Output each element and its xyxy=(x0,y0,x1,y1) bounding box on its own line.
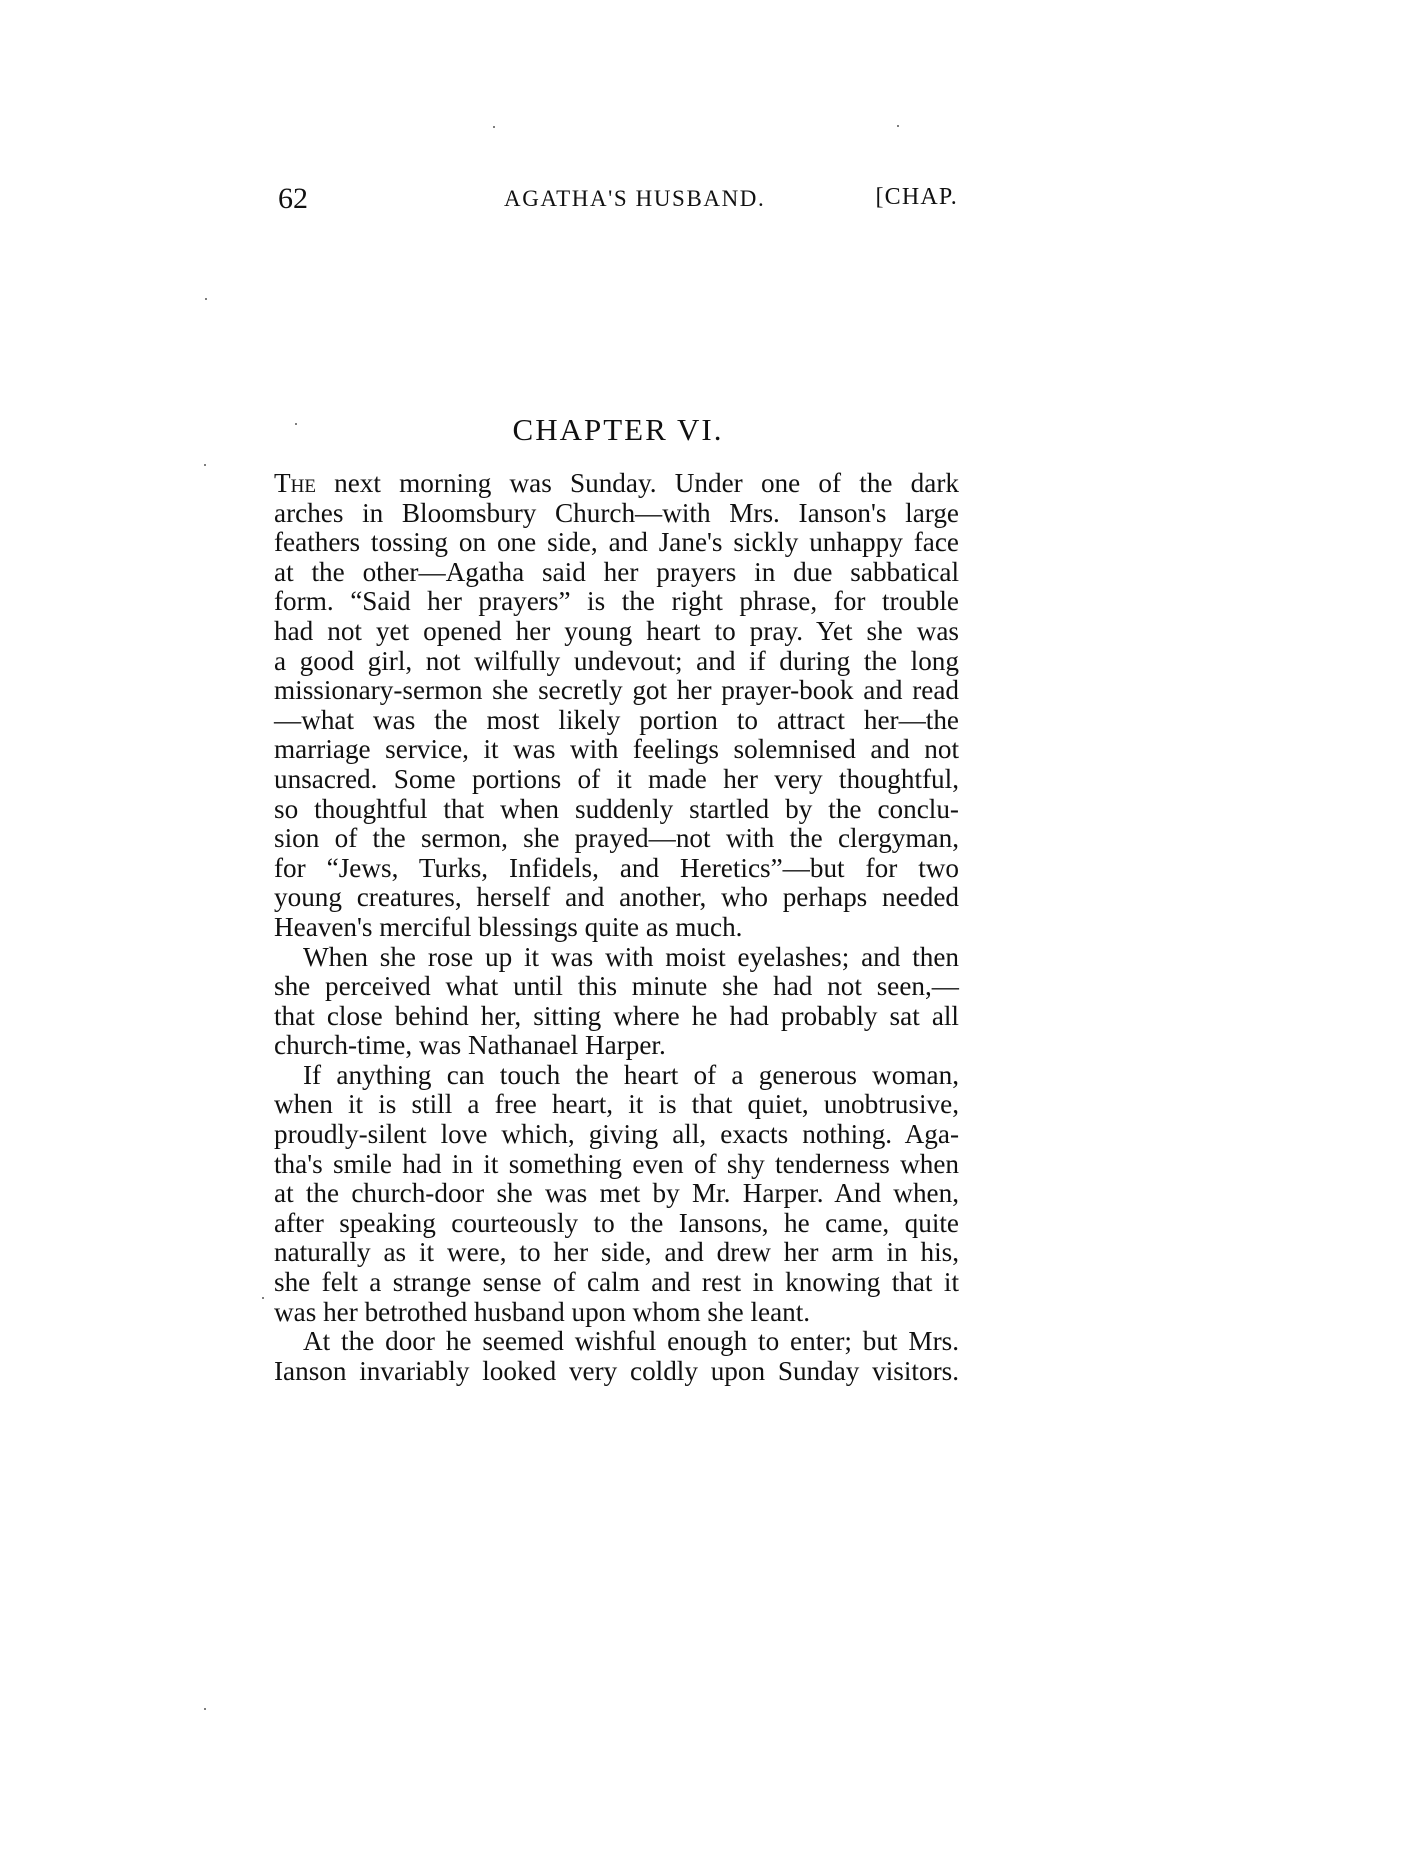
text-line: If anything can touch the heart of a gen… xyxy=(274,1061,959,1091)
text-line: church-time, was Nathanael Harper. xyxy=(274,1031,959,1061)
text-line: young creatures, herself and another, wh… xyxy=(274,883,959,913)
text-line: The next morning was Sunday. Under one o… xyxy=(274,469,959,499)
text-line: missionary-sermon she secretly got her p… xyxy=(274,676,959,706)
text-line: At the door he seemed wishful enough to … xyxy=(274,1327,959,1357)
scan-speck xyxy=(205,298,207,300)
paragraph: If anything can touch the heart of a gen… xyxy=(274,1061,959,1327)
running-header: 62 AGATHA'S HUSBAND. [CHAP. xyxy=(278,182,958,222)
chapter-heading: CHAPTER VI. xyxy=(278,412,958,448)
scan-speck xyxy=(262,1297,264,1299)
text-line: proudly-silent love which, giving all, e… xyxy=(274,1120,959,1150)
text-line: was her betrothed husband upon whom she … xyxy=(274,1298,959,1328)
scan-speck xyxy=(204,464,206,466)
text-line: when it is still a free heart, it is tha… xyxy=(274,1090,959,1120)
text-line: When she rose up it was with moist eyela… xyxy=(274,943,959,973)
text-line: Ianson invariably looked very coldly upo… xyxy=(274,1357,959,1387)
text-line: so thoughtful that when suddenly startle… xyxy=(274,795,959,825)
paragraph: The next morning was Sunday. Under one o… xyxy=(274,469,959,943)
text-line: marriage service, it was with feelings s… xyxy=(274,735,959,765)
text-line: naturally as it were, to her side, and d… xyxy=(274,1238,959,1268)
page-number: 62 xyxy=(278,182,308,216)
running-title: AGATHA'S HUSBAND. xyxy=(504,186,765,212)
scan-speck xyxy=(204,1708,206,1710)
text-line: sion of the sermon, she prayed—not with … xyxy=(274,824,959,854)
text-line: Heaven's merciful blessings quite as muc… xyxy=(274,913,959,943)
text-line: after speaking courteously to the Ianson… xyxy=(274,1209,959,1239)
text-line: arches in Bloomsbury Church—with Mrs. Ia… xyxy=(274,499,959,529)
paragraph: At the door he seemed wishful enough to … xyxy=(274,1327,959,1386)
text-line: at the church-door she was met by Mr. Ha… xyxy=(274,1179,959,1209)
text-line: at the other—Agatha said her prayers in … xyxy=(274,558,959,588)
text-line: for “Jews, Turks, Infidels, and Heretics… xyxy=(274,854,959,884)
text-line: had not yet opened her young heart to pr… xyxy=(274,617,959,647)
text-line: —what was the most likely portion to att… xyxy=(274,706,959,736)
drop-lead-word: The xyxy=(274,468,316,498)
chapter-mark: [CHAP. xyxy=(875,184,958,211)
text-line: that close behind her, sitting where he … xyxy=(274,1002,959,1032)
paragraph: When she rose up it was with moist eyela… xyxy=(274,943,959,1061)
text-line: tha's smile had in it something even of … xyxy=(274,1150,959,1180)
text-line: unsacred. Some portions of it made her v… xyxy=(274,765,959,795)
text-line: form. “Said her prayers” is the right ph… xyxy=(274,587,959,617)
text-line: she perceived what until this minute she… xyxy=(274,972,959,1002)
text-line: feathers tossing on one side, and Jane's… xyxy=(274,528,959,558)
text-line: she felt a strange sense of calm and res… xyxy=(274,1268,959,1298)
scan-speck xyxy=(493,126,495,128)
text-line: a good girl, not wilfully undevout; and … xyxy=(274,647,959,677)
body-text: The next morning was Sunday. Under one o… xyxy=(274,469,959,1386)
scan-speck xyxy=(897,125,899,127)
